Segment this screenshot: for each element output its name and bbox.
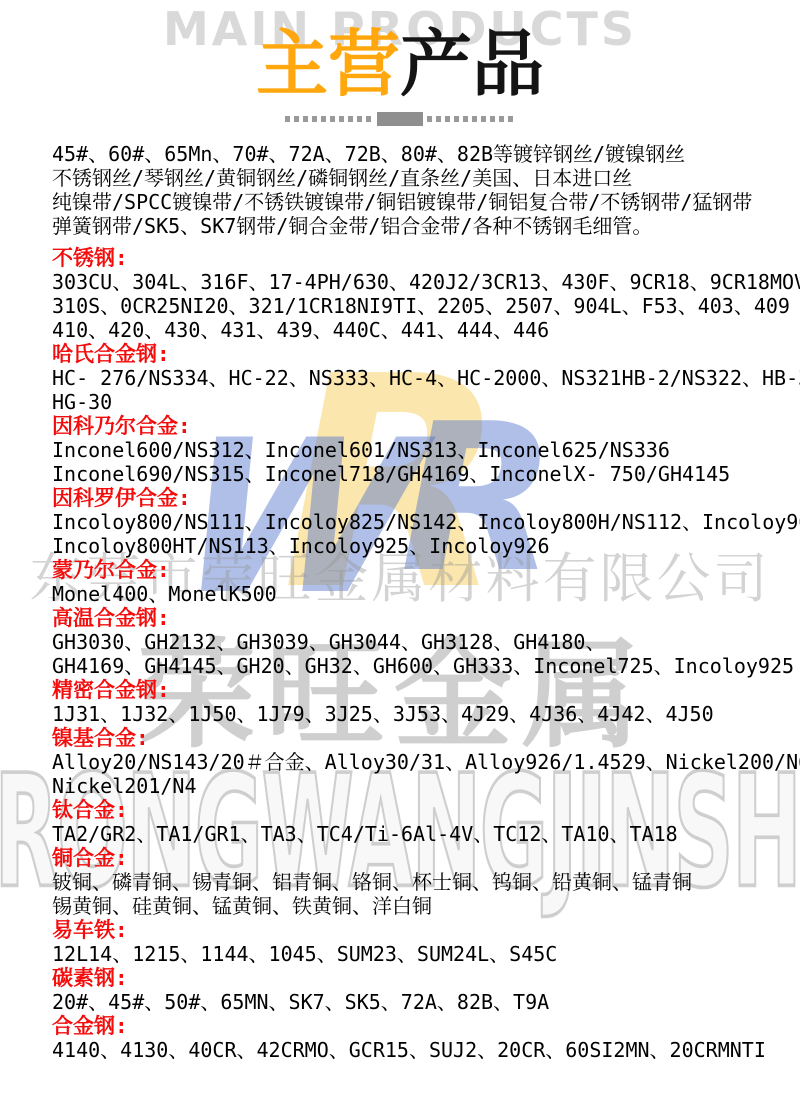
intro-line: 不锈钢丝/琴钢丝/黄铜钢丝/磷铜钢丝/直条丝/美国、日本进口丝 (52, 166, 792, 190)
product-section: 因科乃尔合金:Inconel600/NS312、Inconel601/NS313… (52, 414, 792, 486)
product-section: 高温合金钢:GH3030、GH2132、GH3039、GH3044、GH3128… (52, 606, 792, 678)
section-line: Nickel201/N4 (52, 774, 792, 798)
section-title: 碳素钢: (52, 966, 792, 990)
section-line: Inconel690/NS315、Inconel718/GH4169、Incon… (52, 462, 792, 486)
section-line: HC- 276/NS334、HC-22、NS333、HC-4、HC-2000、N… (52, 366, 792, 390)
divider-center-block (377, 112, 423, 126)
page-header: MAIN PRODUCTS 主营产品 (0, 0, 800, 128)
section-title: 镍基合金: (52, 726, 792, 750)
product-section: 镍基合金:Alloy20/NS143/20＃合金、Alloy30/31、Allo… (52, 726, 792, 798)
section-line: Inconel600/NS312、Inconel601/NS313、Incone… (52, 438, 792, 462)
section-title: 不锈钢: (52, 246, 792, 270)
product-section: 碳素钢:20#、45#、50#、65MN、SK7、SK5、72A、82B、T9A (52, 966, 792, 1014)
product-list: 45#、60#、65Mn、70#、72A、72B、80#、82B等镀锌钢丝/镀镍… (0, 128, 800, 1062)
section-title: 钛合金: (52, 798, 792, 822)
section-title: 因科罗伊合金: (52, 486, 792, 510)
divider-dashes-left (285, 116, 373, 122)
section-line: TA2/GR2、TA1/GR1、TA3、TC4/Ti-6Al-4V、TC12、T… (52, 822, 792, 846)
section-line: Incoloy800HT/NS113、Incoloy925、Incoloy926 (52, 534, 792, 558)
section-title: 哈氏合金钢: (52, 342, 792, 366)
section-title: 铜合金: (52, 846, 792, 870)
product-section: 哈氏合金钢:HC- 276/NS334、HC-22、NS333、HC-4、HC-… (52, 342, 792, 414)
product-section: 铜合金:铍铜、磷青铜、锡青铜、铝青铜、铬铜、杯士铜、钨铜、铅黄铜、锰青铜锡黄铜、… (52, 846, 792, 918)
section-title: 高温合金钢: (52, 606, 792, 630)
section-line: 310S、0CR25NI20、321/1CR18NI9TI、2205、2507、… (52, 294, 792, 318)
section-title: 精密合金钢: (52, 678, 792, 702)
section-title: 因科乃尔合金: (52, 414, 792, 438)
product-section: 易车铁:12L14、1215、1144、1045、SUM23、SUM24L、S4… (52, 918, 792, 966)
section-line: Alloy20/NS143/20＃合金、Alloy30/31、Alloy926/… (52, 750, 792, 774)
product-flyer: R W R 东莞市荣旺金属材料有限公司 荣旺金属 RONGWANGJINSHU … (0, 0, 800, 1112)
intro-line: 纯镍带/SPCC镀镍带/不锈铁镀镍带/铜铝镀镍带/铜铝复合带/不锈钢带/猛钢带 (52, 190, 792, 214)
section-line: 303CU、304L、316F、17-4PH/630、420J2/3CR13、4… (52, 270, 792, 294)
product-section: 精密合金钢:1J31、1J32、1J50、1J79、3J25、3J53、4J29… (52, 678, 792, 726)
section-title: 蒙乃尔合金: (52, 558, 792, 582)
section-line: GH4169、GH4145、GH20、GH32、GH600、GH333、Inco… (52, 654, 792, 678)
section-line: GH3030、GH2132、GH3039、GH3044、GH3128、GH418… (52, 630, 792, 654)
section-line: HG-30 (52, 390, 792, 414)
section-title: 易车铁: (52, 918, 792, 942)
intro-paragraph: 45#、60#、65Mn、70#、72A、72B、80#、82B等镀锌钢丝/镀镍… (52, 142, 792, 238)
section-line: 20#、45#、50#、65MN、SK7、SK5、72A、82B、T9A (52, 990, 792, 1014)
section-line: 铍铜、磷青铜、锡青铜、铝青铜、铬铜、杯士铜、钨铜、铅黄铜、锰青铜 (52, 870, 792, 894)
section-line: 4140、4130、40CR、42CRMO、GCR15、SUJ2、20CR、60… (52, 1038, 792, 1062)
section-line: Incoloy800/NS111、Incoloy825/NS142、Incolo… (52, 510, 792, 534)
product-section: 合金钢:4140、4130、40CR、42CRMO、GCR15、SUJ2、20C… (52, 1014, 792, 1062)
product-section: 蒙乃尔合金:Monel400、MonelK500 (52, 558, 792, 606)
page-title-highlight: 主营 (256, 22, 400, 106)
section-line: 锡黄铜、硅黄铜、锰黄铜、铁黄铜、洋白铜 (52, 894, 792, 918)
section-line: 410、420、430、431、439、440C、441、444、446 (52, 318, 792, 342)
product-section: 因科罗伊合金:Incoloy800/NS111、Incoloy825/NS142… (52, 486, 792, 558)
product-section: 不锈钢:303CU、304L、316F、17-4PH/630、420J2/3CR… (52, 246, 792, 342)
page-title-rest: 产品 (400, 22, 544, 106)
section-title: 合金钢: (52, 1014, 792, 1038)
title-divider (0, 110, 800, 128)
divider-dashes-right (427, 116, 515, 122)
intro-line: 45#、60#、65Mn、70#、72A、72B、80#、82B等镀锌钢丝/镀镍… (52, 142, 792, 166)
section-line: 1J31、1J32、1J50、1J79、3J25、3J53、4J29、4J36、… (52, 702, 792, 726)
section-line: 12L14、1215、1144、1045、SUM23、SUM24L、S45C (52, 942, 792, 966)
product-sections: 不锈钢:303CU、304L、316F、17-4PH/630、420J2/3CR… (52, 246, 792, 1062)
intro-line: 弹簧钢带/SK5、SK7钢带/铜合金带/铝合金带/各种不锈钢毛细管。 (52, 214, 792, 238)
section-line: Monel400、MonelK500 (52, 582, 792, 606)
page-title: 主营产品 (0, 0, 800, 102)
product-section: 钛合金:TA2/GR2、TA1/GR1、TA3、TC4/Ti-6Al-4V、TC… (52, 798, 792, 846)
